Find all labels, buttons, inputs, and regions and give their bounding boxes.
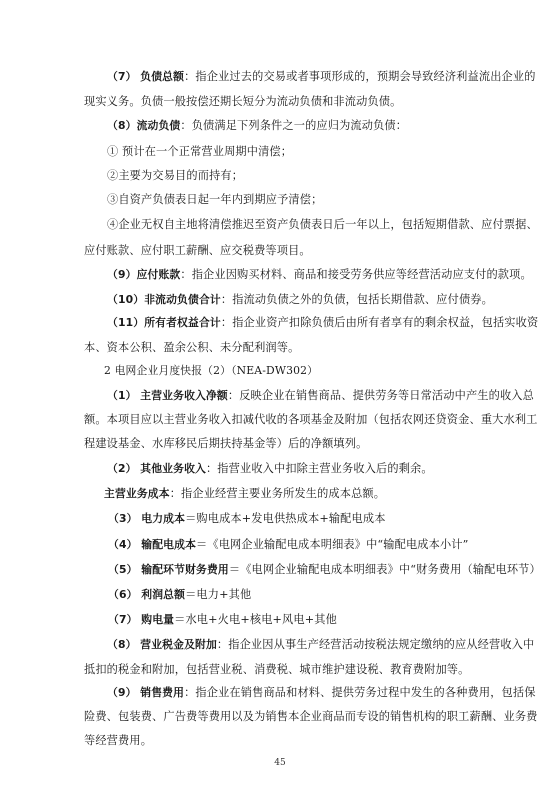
definition: ＝《电网企业输配电成本明细表》中“输配电成本小计” bbox=[196, 538, 469, 551]
definition: ：负债满足下列条件之一的应归为流动负债： bbox=[180, 119, 407, 132]
term: 流动负债 bbox=[137, 119, 181, 132]
term: 营业税金及附加 bbox=[140, 638, 217, 651]
definition: ：指企业资产扣除负债后由所有者享有的剩余权益，包括实收资 bbox=[221, 316, 538, 329]
definition: ：指流动负债之外的负债，包括长期借款、应付债券。 bbox=[221, 293, 493, 306]
paragraph-line: 险费、包装费、广告费等费用以及为销售本企业商品而专设的销售机构的职工薪酬、业务费 bbox=[84, 710, 484, 724]
definition: ：指企业经营主要业务所发生的成本总额。 bbox=[170, 487, 385, 500]
term: 购电量 bbox=[141, 613, 174, 626]
item-number: （8） bbox=[107, 119, 137, 132]
condition-1: ① 预计在一个正常营业周期中清偿； bbox=[107, 145, 507, 159]
paragraph-line: 应付账款、应付职工薪酬、应交税费等项目。 bbox=[84, 244, 484, 258]
definition: ＝电力+其他 bbox=[185, 588, 251, 601]
term: 应付账款 bbox=[137, 268, 181, 281]
term: 输配环节财务费用 bbox=[141, 563, 229, 576]
section-heading: 2 电网企业月度快报（2）（NEA-DW302） bbox=[104, 364, 504, 378]
term: 非流动负债合计 bbox=[144, 293, 221, 306]
item-number: （9） bbox=[107, 686, 137, 699]
item-number: （3） bbox=[108, 512, 138, 525]
item-number: （8） bbox=[107, 638, 137, 651]
item-number: （6） bbox=[108, 588, 138, 601]
definition: ：指企业过去的交易或者事项形成的，预期会导致经济利益流出企业的 bbox=[184, 70, 535, 83]
paragraph-noncurrent-liabilities: （10）非流动负债合计：指流动负债之外的负债，包括长期借款、应付债券。 bbox=[107, 293, 507, 307]
term: 负债总额 bbox=[140, 70, 184, 83]
term: 利润总额 bbox=[141, 588, 185, 601]
term: 主营业务成本 bbox=[104, 487, 170, 500]
item-number: （4） bbox=[108, 538, 138, 551]
paragraph-power-cost: （3） 电力成本＝购电成本+发电供热成本+输配电成本 bbox=[108, 512, 508, 526]
paragraph-line: 程建设基金、水库移民后期扶持基金等）后的净额填列。 bbox=[84, 437, 484, 451]
item-number: （7） bbox=[108, 613, 138, 626]
definition: ：指企业在销售商品和材料、提供劳务过程中发生的各种费用，包括保 bbox=[184, 686, 535, 699]
item-number: （9） bbox=[107, 268, 137, 281]
paragraph-main-cost: 主营业务成本：指企业经营主要业务所发生的成本总额。 bbox=[104, 487, 504, 501]
paragraph-accounts-payable: （9）应付账款：指企业因购买材料、商品和接受劳务供应等经营活动应支付的款项。 bbox=[107, 268, 507, 282]
paragraph-liabilities-total: （7） 负债总额：指企业过去的交易或者事项形成的，预期会导致经济利益流出企业的 bbox=[107, 70, 507, 84]
paragraph-other-revenue: （2） 其他业务收入：指营业收入中扣除主营业务收入后的剩余。 bbox=[107, 462, 507, 476]
definition: ＝《电网企业输配电成本明细表》中“财务费用（输配电环节） bbox=[229, 563, 541, 576]
document-page: （7） 负债总额：指企业过去的交易或者事项形成的，预期会导致经济利益流出企业的 … bbox=[0, 0, 560, 791]
paragraph-main-revenue: （1） 主营业务收入净额：反映企业在销售商品、提供劳务等日常活动中产生的收入总 bbox=[107, 389, 507, 403]
item-number: （10） bbox=[107, 293, 144, 306]
term: 主营业务收入净额 bbox=[140, 389, 228, 402]
term: 所有者权益合计 bbox=[144, 316, 221, 329]
definition: ：指营业收入中扣除主营业务收入后的剩余。 bbox=[206, 462, 433, 475]
term: 电力成本 bbox=[141, 512, 185, 525]
term: 输配电成本 bbox=[141, 538, 196, 551]
item-number: （5） bbox=[108, 563, 138, 576]
definition: ：指企业因从事生产经营活动按税法规定缴纳的应从经营收入中 bbox=[217, 638, 534, 651]
item-number: （7） bbox=[107, 70, 137, 83]
paragraph-financial-expense: （5） 输配环节财务费用＝《电网企业输配电成本明细表》中“财务费用（输配电环节） bbox=[108, 563, 508, 577]
item-number: （11） bbox=[107, 316, 144, 329]
paragraph-line: 抵扣的税金和附加，包括营业税、消费税、城市维护建设税、教育费附加等。 bbox=[84, 663, 484, 677]
definition: ＝购电成本+发电供热成本+输配电成本 bbox=[185, 512, 385, 525]
paragraph-business-tax: （8） 营业税金及附加：指企业因从事生产经营活动按税法规定缴纳的应从经营收入中 bbox=[107, 638, 507, 652]
paragraph-current-liabilities: （8）流动负债：负债满足下列条件之一的应归为流动负债： bbox=[107, 119, 507, 133]
paragraph-line: 等经营费用。 bbox=[84, 734, 484, 748]
paragraph-transmission-cost: （4） 输配电成本＝《电网企业输配电成本明细表》中“输配电成本小计” bbox=[108, 538, 508, 552]
paragraph-owners-equity: （11）所有者权益合计：指企业资产扣除负债后由所有者享有的剩余权益，包括实收资 bbox=[107, 316, 507, 330]
paragraph-purchased-power: （7） 购电量＝水电+火电+核电+风电+其他 bbox=[108, 613, 508, 627]
item-number: （2） bbox=[107, 462, 137, 475]
paragraph-total-profit: （6） 利润总额＝电力+其他 bbox=[108, 588, 508, 602]
condition-3: ③自资产负债表日起一年内到期应予清偿； bbox=[107, 193, 507, 207]
page-number: 45 bbox=[0, 758, 560, 768]
term: 销售费用 bbox=[140, 686, 184, 699]
paragraph-line: 额。本项目应以主营业务收入扣减代收的各项基金及附加（包括农网还贷资金、重大水利工 bbox=[84, 413, 484, 427]
term: 其他业务收入 bbox=[140, 462, 206, 475]
paragraph-selling-expense: （9） 销售费用：指企业在销售商品和材料、提供劳务过程中发生的各种费用，包括保 bbox=[107, 686, 507, 700]
item-number: （1） bbox=[107, 389, 137, 402]
definition: ＝水电+火电+核电+风电+其他 bbox=[174, 613, 337, 626]
paragraph-line: 现实义务。负债一般按偿还期长短分为流动负债和非流动负债。 bbox=[84, 95, 484, 109]
paragraph-line: 本、资本公积、盈余公积、未分配利润等。 bbox=[84, 341, 484, 355]
definition: ：反映企业在销售商品、提供劳务等日常活动中产生的收入总 bbox=[228, 389, 534, 402]
definition: ：指企业因购买材料、商品和接受劳务供应等经营活动应支付的款项。 bbox=[180, 268, 531, 281]
condition-2: ②主要为交易目的而持有； bbox=[107, 169, 507, 183]
condition-4: ④企业无权自主地将清偿推迟至资产负债表日后一年以上，包括短期借款、应付票据、 bbox=[107, 218, 507, 232]
